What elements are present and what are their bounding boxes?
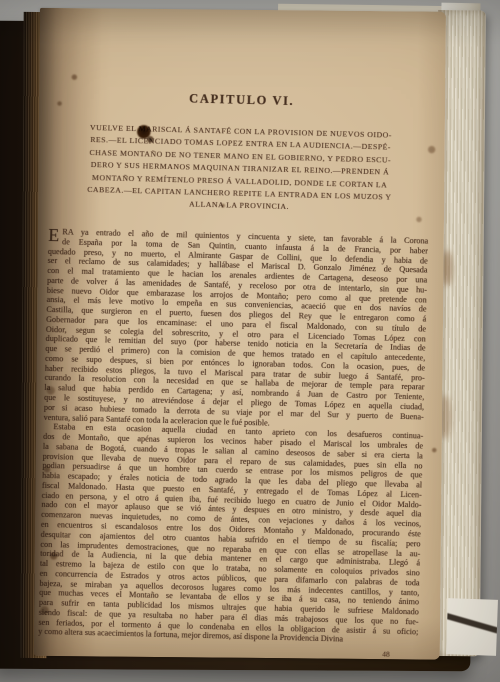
- foxing-spot: [147, 136, 154, 143]
- foxing-spot: [40, 606, 49, 615]
- cover-board-edge: [446, 612, 498, 635]
- foxing-spot: [432, 448, 437, 453]
- foxing-spot: [44, 466, 51, 473]
- book-page: CAPITULO VI. VUELVE EL MARISCAL Á SANTAF…: [34, 8, 446, 660]
- page-edges-bottom-right: [446, 598, 498, 656]
- chapter-title: CAPITULO VI.: [50, 88, 434, 113]
- foxing-spot: [221, 204, 225, 208]
- drop-cap: E: [48, 227, 59, 246]
- photo-backdrop: CAPITULO VI. VUELVE EL MARISCAL Á SANTAF…: [0, 0, 500, 682]
- foxing-spot: [46, 386, 55, 395]
- body-text: E RA ya entrado el año de mil quinientos…: [38, 227, 428, 647]
- page-number: 48: [382, 650, 390, 659]
- paragraph-1: E RA ya entrado el año de mil quinientos…: [44, 227, 429, 432]
- page-text: CAPITULO VI. VUELVE EL MARISCAL Á SANTAF…: [36, 8, 436, 666]
- foxing-spot: [71, 74, 77, 80]
- foxing-spot: [50, 552, 58, 560]
- paragraph-2: Estaba en esta ocasion aquella ciudad en…: [38, 422, 423, 646]
- foxing-spot: [428, 146, 436, 154]
- chapter-summary: VUELVE EL MARISCAL Á SANTAFÉ CON LA PROV…: [53, 121, 427, 217]
- foxing-spot: [416, 216, 422, 222]
- foxing-spot: [57, 101, 62, 106]
